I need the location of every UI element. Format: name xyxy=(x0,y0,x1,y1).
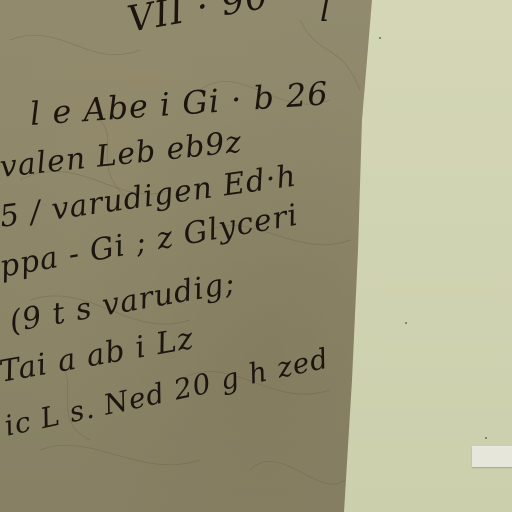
manuscript-line: l xyxy=(320,0,331,29)
manuscript-paper: VII · 90 l l e Abe i Gi · b 26 valen Leb… xyxy=(0,0,372,512)
board-speck xyxy=(405,322,407,324)
board-speck xyxy=(379,37,381,39)
label-tab xyxy=(472,446,512,467)
board-speck xyxy=(485,437,487,439)
